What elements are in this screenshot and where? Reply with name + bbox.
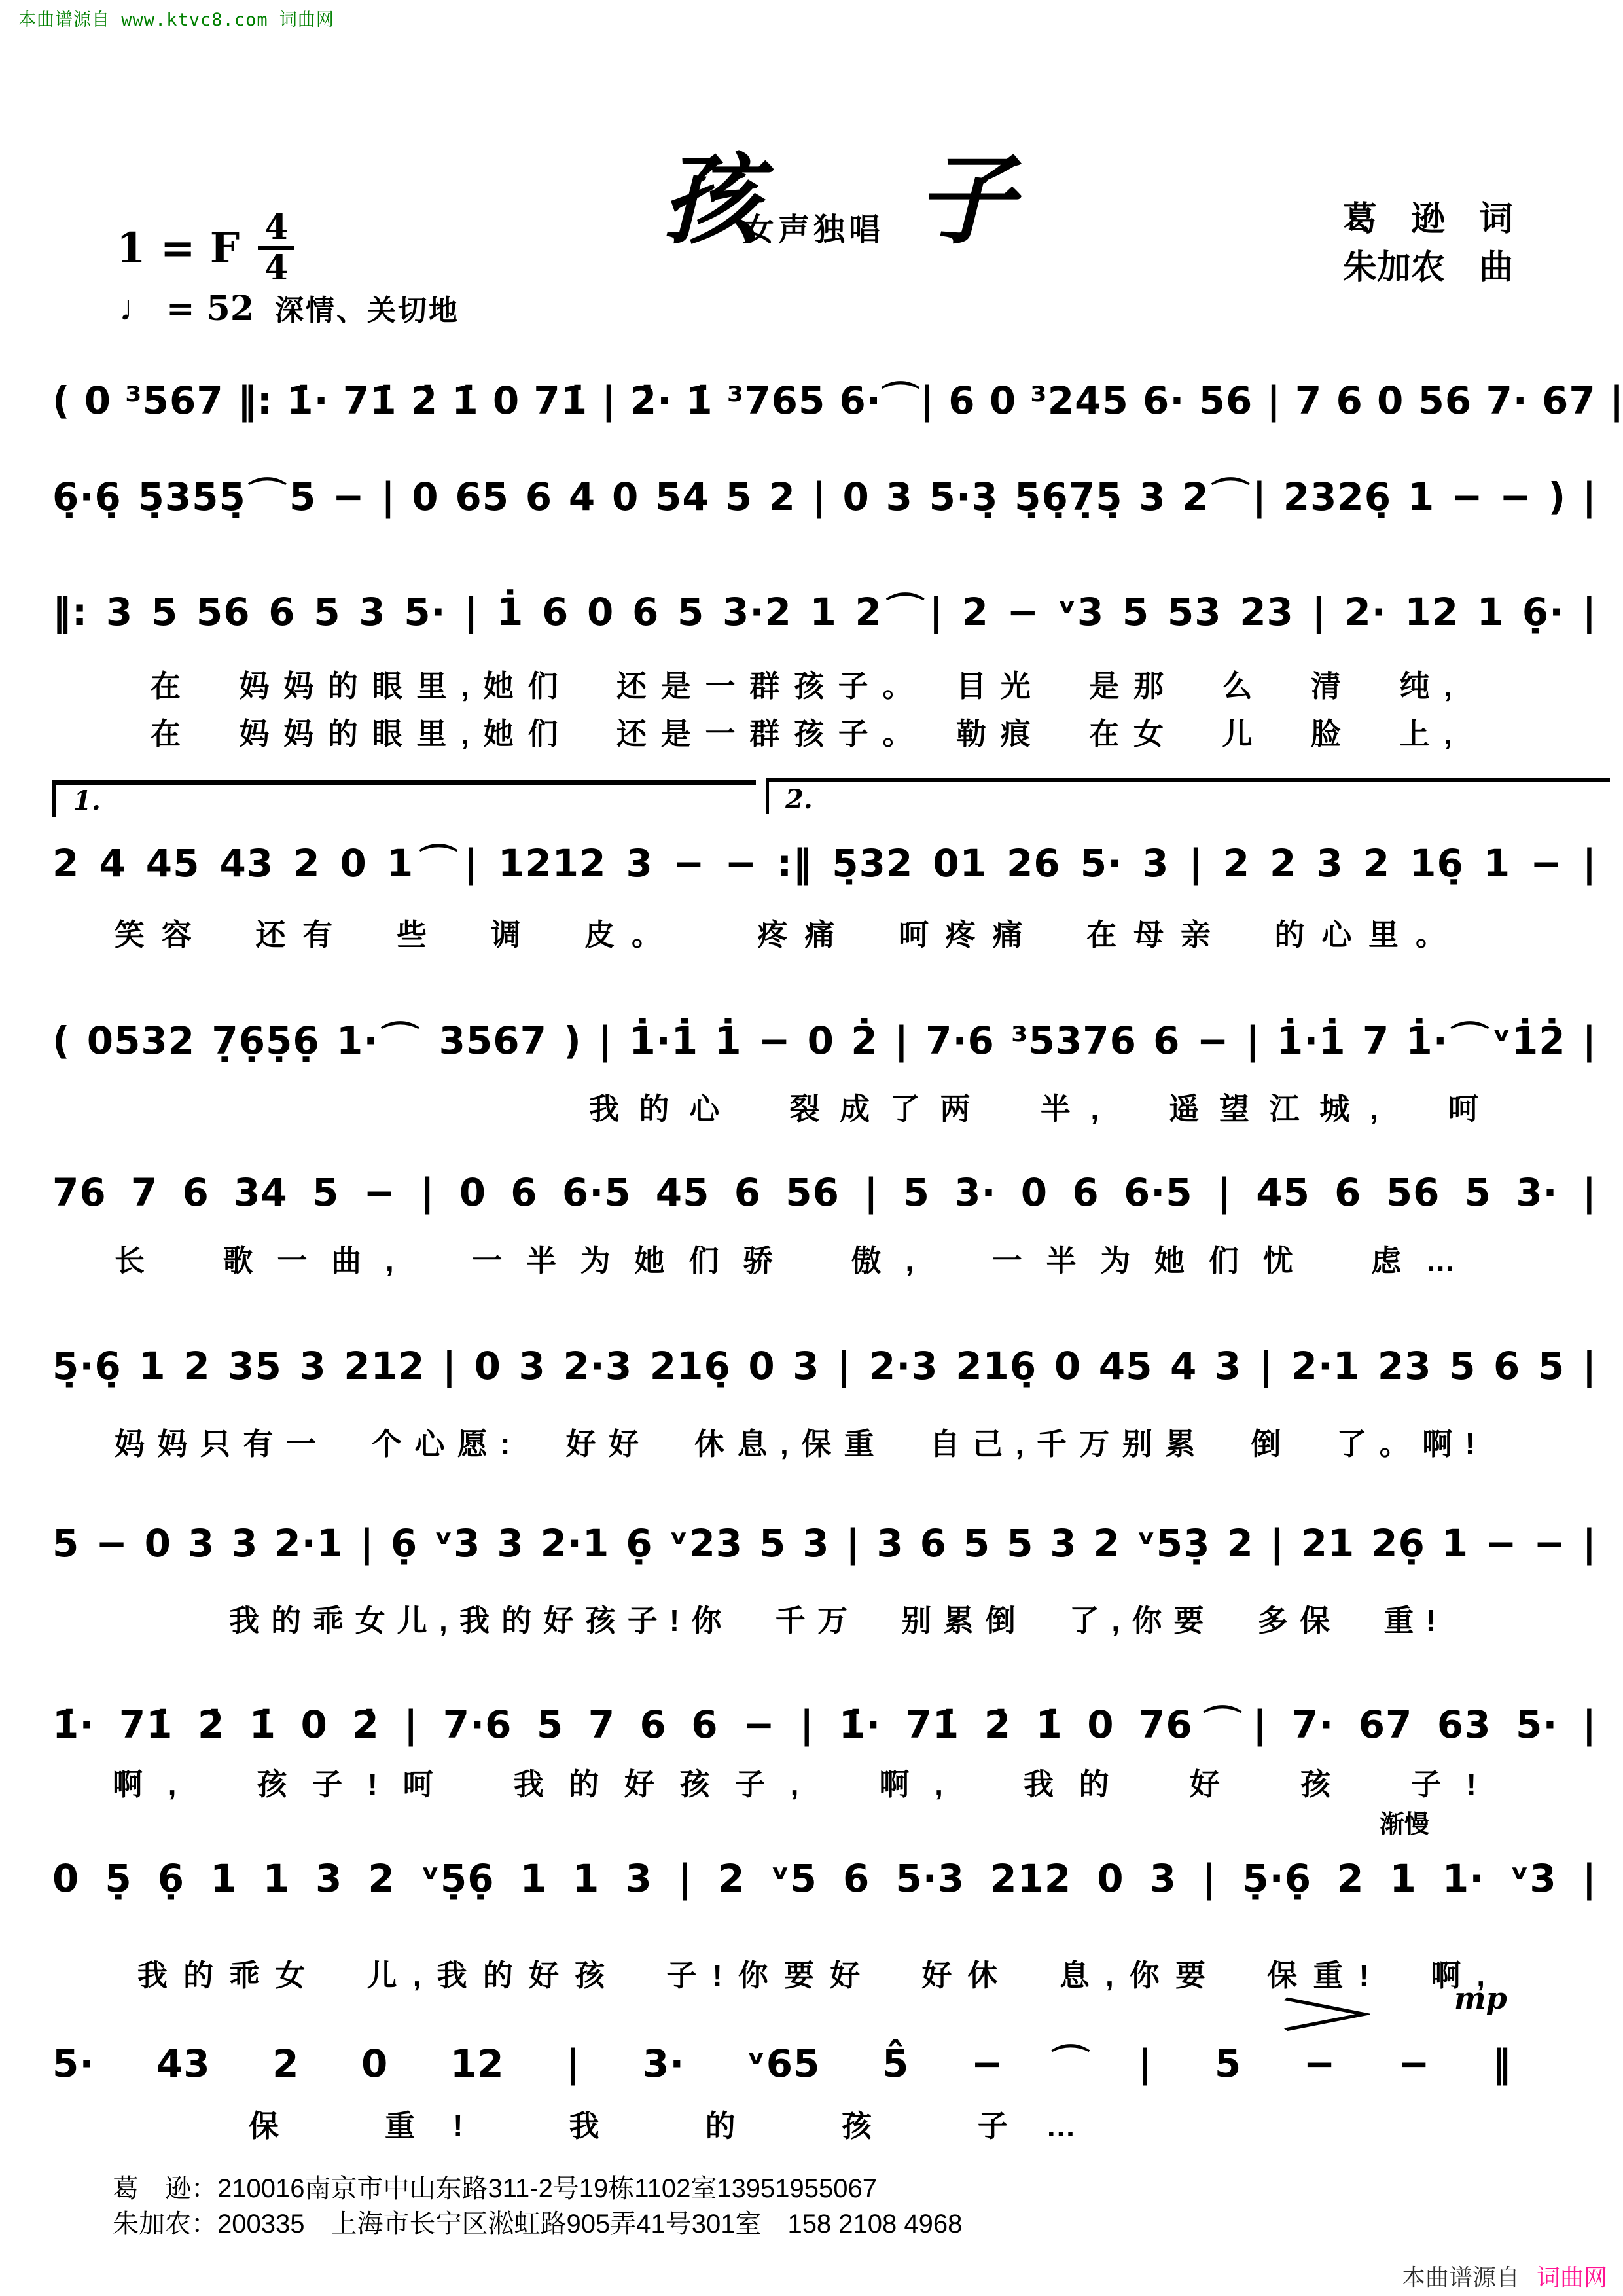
tempo-value: = 52: [166, 289, 254, 329]
source-watermark-top: 本曲谱源自 www.ktvc8.com 词曲网: [18, 5, 334, 31]
lyricist-contact-info: 葛 逊：210016南京市中山东路311-2号19栋1102室139519550…: [113, 2168, 877, 2205]
second-ending-bracket: [766, 778, 1610, 814]
notation-line: ‖: 3 5 56 6 5 3 5· | 1̇ 6 0 6 5 3·2 1 2⌒…: [52, 581, 1597, 636]
first-ending-label: 1.: [73, 785, 101, 816]
expression-text: 深情、关切地: [275, 287, 459, 329]
composer-credit: 朱加农 曲: [1343, 240, 1513, 289]
lyric-line: 妈妈只有一 个心愿: 好好 休息,保重 自己,千万别累 倒 了。啊!: [115, 1420, 1476, 1463]
meter-numerator: 4: [258, 211, 294, 250]
lyric-line: 长 歌一曲, 一半为她们骄 傲, 一半为她们忧 虑…: [115, 1237, 1456, 1280]
lyric-line-verse2: 在 妈妈的眼里,她们 还是一群孩子。 勒痕 在女 儿 脸 上,: [151, 710, 1453, 753]
notation-line: 6̣·6̣ 5̣355̣⌒5 − | 0 65 6 4 0 54 5 2 | 0…: [52, 466, 1597, 521]
notation-line: 5· 43 2 0 12 | 3· ᵛ65 5̂ −⌒| 5 − − ‖: [52, 2033, 1512, 2088]
lyric-line: 我的心 裂成了两 半, 遥望江城, 呵: [589, 1085, 1479, 1128]
lyric-line: 保 重! 我 的 孩 子…: [249, 2102, 1077, 2145]
notation-line: 1̇· 71̇ 2̇ 1̇ 0 2̇ | 7·6 5 7 6 6 − | 1̇·…: [52, 1694, 1597, 1749]
first-ending-bracket: [52, 780, 756, 817]
ritardando-mark: 渐慢: [1380, 1804, 1429, 1840]
composer-contact-info: 朱加农：200335 上海市长宁区淞虹路905弄41号301室 158 2108…: [113, 2203, 962, 2240]
tempo-marking: ♩ = 52 深情、关切地: [119, 287, 459, 329]
notation-line: ( 0532 7̣6̣5̣6̣ 1·⌒ 3567 ) | 1̇·1̇ 1̇ − …: [52, 1010, 1597, 1065]
notation-line: 5 − 0 3 3 2·1 | 6̣ ᵛ3 3 2·1 6̣ ᵛ23 5 3 |…: [52, 1521, 1597, 1566]
quarter-note-icon: ♩: [119, 288, 154, 329]
meter-denominator: 4: [258, 250, 294, 285]
key-text: 1 = F: [116, 224, 240, 273]
watermark-brand: 词曲网: [1537, 2259, 1607, 2293]
lyric-line: 我的乖女儿,我的好孩子!你 千万 别累倒 了,你要 多保 重!: [229, 1597, 1436, 1640]
lyric-line: 啊, 孩子!呵 我的好孩子, 啊, 我的 好 孩 子!: [113, 1761, 1477, 1804]
dynamic-mp-mark: mp: [1454, 1981, 1507, 2016]
lyricist-credit: 葛 逊 词: [1343, 191, 1513, 240]
key-signature: 1 = F 4 4: [116, 211, 294, 285]
performance-type: 女声独唱: [743, 204, 884, 249]
notation-line: 5̣·6̣ 1 2 35 3 212 | 0 3 2·3 216̣ 0 3 | …: [52, 1344, 1597, 1388]
notation-line: 2 4 45 43 2 0 1⌒| 1212 3 − − :‖ 5̣32 01 …: [52, 833, 1597, 888]
sheet-music-page: 本曲谱源自 www.ktvc8.com 词曲网 孩 子 女声独唱 葛 逊 词 朱…: [0, 0, 1623, 2296]
notation-line: ( 0 ³567 ‖: 1̇· 71̇ 2̇ 1̇ 0 71̇ | 2̇· 1̇…: [52, 370, 1597, 425]
watermark-prefix: 本曲谱源自: [1402, 2259, 1520, 2293]
notation-line: 0 5̣ 6̣ 1 1 3 2 ᵛ5̣6̣ 1 1 3 | 2 ᵛ5 6 5·3…: [52, 1856, 1597, 1901]
time-signature: 4 4: [258, 211, 294, 285]
source-watermark-bottom: 本曲谱源自 词曲网: [1402, 2259, 1607, 2293]
title-char-2: 子: [916, 121, 1014, 262]
second-ending-label: 2.: [785, 784, 813, 815]
lyric-line-verse1: 在 妈妈的眼里,她们 还是一群孩子。 目光 是那 么 清 纯,: [151, 662, 1453, 706]
notation-line: 76 7 6 34 5 − | 0 6 6·5 45 6 56 | 5 3· 0…: [52, 1170, 1597, 1215]
lyric-line: 笑容 还有 些 调 皮。 疼痛 呵疼痛 在母亲 的心里。: [115, 911, 1446, 954]
